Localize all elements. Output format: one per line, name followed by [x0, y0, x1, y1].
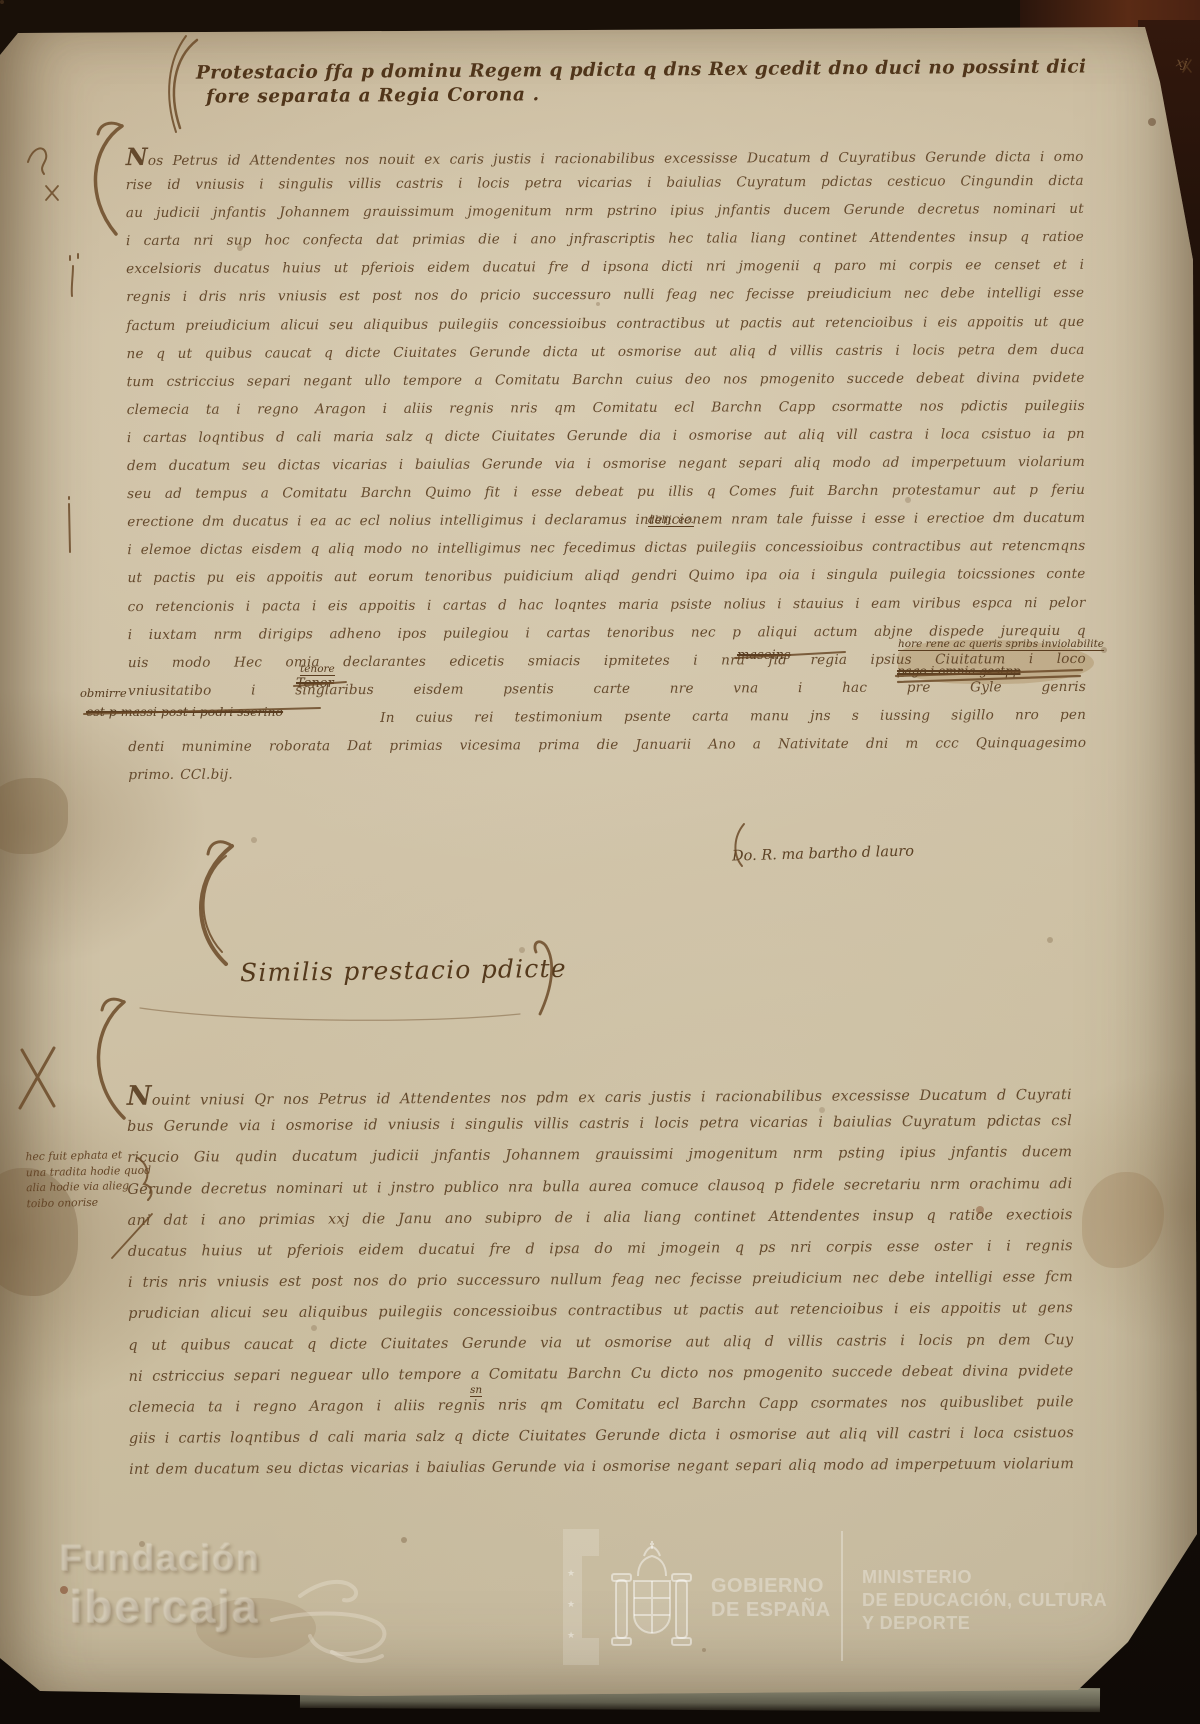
section1-heading: Protestacio ffa p dominu Regem q pdicta … [196, 57, 956, 107]
gobierno-line2: DE ESPAÑA [711, 1598, 831, 1622]
gobierno-watermark: GOBIERNO DE ESPAÑA [711, 1574, 831, 1622]
manuscript-line: i carta nri sup hoc confecta dat primias… [126, 223, 1084, 255]
manuscript-line: regnis i dris nris vniusis est post nos … [126, 279, 1084, 311]
struck-word: maseins [737, 648, 791, 663]
manuscript-line: Nos Petrus id Attendentes nos nouit ex c… [126, 139, 1084, 171]
watermark-divider [841, 1531, 843, 1661]
flag-bar [582, 1529, 599, 1556]
ministerio-line3: Y DEPORTE [862, 1612, 1107, 1635]
manuscript-line: dem ducatum seu dictas vicarias i baiuli… [127, 448, 1085, 480]
interlinear-note: tenore [300, 663, 335, 675]
spain-flag-icon: ★★★ [563, 1529, 599, 1665]
inserted-clause: hore rene ac queris spribs inviolabilite [898, 638, 1104, 650]
margin-annotation-line: toibo onorise [26, 1193, 144, 1211]
section2-heading: Similis prestacio pdicte [240, 954, 567, 988]
ink-speckles [0, 0, 4, 4]
ministerio-watermark: MINISTERIO DE EDUCACIÓN, CULTURA Y DEPOR… [862, 1566, 1107, 1635]
manuscript-line: primo. CCl.bij. [128, 757, 1086, 789]
flag-stars: ★★★ [567, 1559, 575, 1652]
manuscript-line: denti munimine roborata Dat primias vice… [128, 729, 1086, 761]
manuscript-line: excelsioris ducatus huius ut pferiois ei… [126, 251, 1084, 283]
ibercaja-watermark-line1: Fundación [60, 1538, 261, 1580]
manuscript-line: co retencionis i pacta i eis appoitis i … [128, 588, 1086, 620]
margin-annotation: hec fuit ephata etuna tradita hodie quod… [25, 1147, 144, 1211]
manuscript-block-1: Nos Petrus id Attendentes nos nouit ex c… [126, 139, 1087, 789]
ministerio-line2: DE EDUCACIÓN, CULTURA [862, 1589, 1107, 1612]
margin-annotation-line: alia hodie via alieg [26, 1178, 144, 1196]
manuscript-line: tum cstriccius separi negant ullo tempor… [127, 364, 1085, 396]
manuscript-line: i cartas loqntibus d cali maria salz q d… [127, 420, 1085, 452]
interlinear-note: dblij. ee. [648, 514, 694, 526]
manuscript-line: au judicii jnfantis Johannem grauissimum… [126, 195, 1084, 227]
ministerio-line1: MINISTERIO [862, 1566, 1107, 1589]
manuscript-line: ne q ut quibus caucat q dicte Ciuitates … [126, 336, 1084, 368]
ibercaja-watermark-line2: ibercaja [70, 1580, 260, 1634]
manuscript-line: i elemoe dictas eisdem q aliq modo no in… [127, 532, 1085, 564]
manuscript-line: factum preiudicium alicui seu aliquibus … [126, 307, 1084, 339]
manuscript-line: int dem ducatum seu dictas vicarias i ba… [129, 1449, 1074, 1486]
margin-word: obmirre [80, 686, 127, 700]
manuscript-line: ut pactis pu eis appoitis aut eorum teno… [127, 560, 1085, 592]
manuscript-line: rise id vniusis i singulis villis castri… [126, 167, 1084, 199]
struck-text: pago i omnia gestpp [897, 664, 1020, 678]
struck-word: Tenor [296, 676, 334, 691]
manuscript-line: erectione dm ducatus i ea ac ecl nolius … [127, 504, 1085, 536]
manuscript-photo: Protestacio ffa p dominu Regem q pdicta … [0, 0, 1200, 1724]
manuscript-block-2: Nouint vniusi Qr nos Petrus id Attendent… [127, 1075, 1074, 1486]
manuscript-line: seu ad tempus a Comitatu Barchn Quimo fi… [127, 476, 1085, 508]
struck-phrase: est p massi post i podri sserino [86, 704, 283, 719]
gobierno-line1: GOBIERNO [711, 1574, 831, 1598]
manuscript-line: clemecia ta i regno Aragon i aliis regni… [127, 392, 1085, 424]
heading-line1: Protestacio ffa p dominu Regem q pdicta … [196, 57, 956, 83]
folio-mark: xj [1175, 55, 1189, 72]
interlinear-note: sn [470, 1384, 482, 1396]
flag-bar [582, 1638, 599, 1665]
